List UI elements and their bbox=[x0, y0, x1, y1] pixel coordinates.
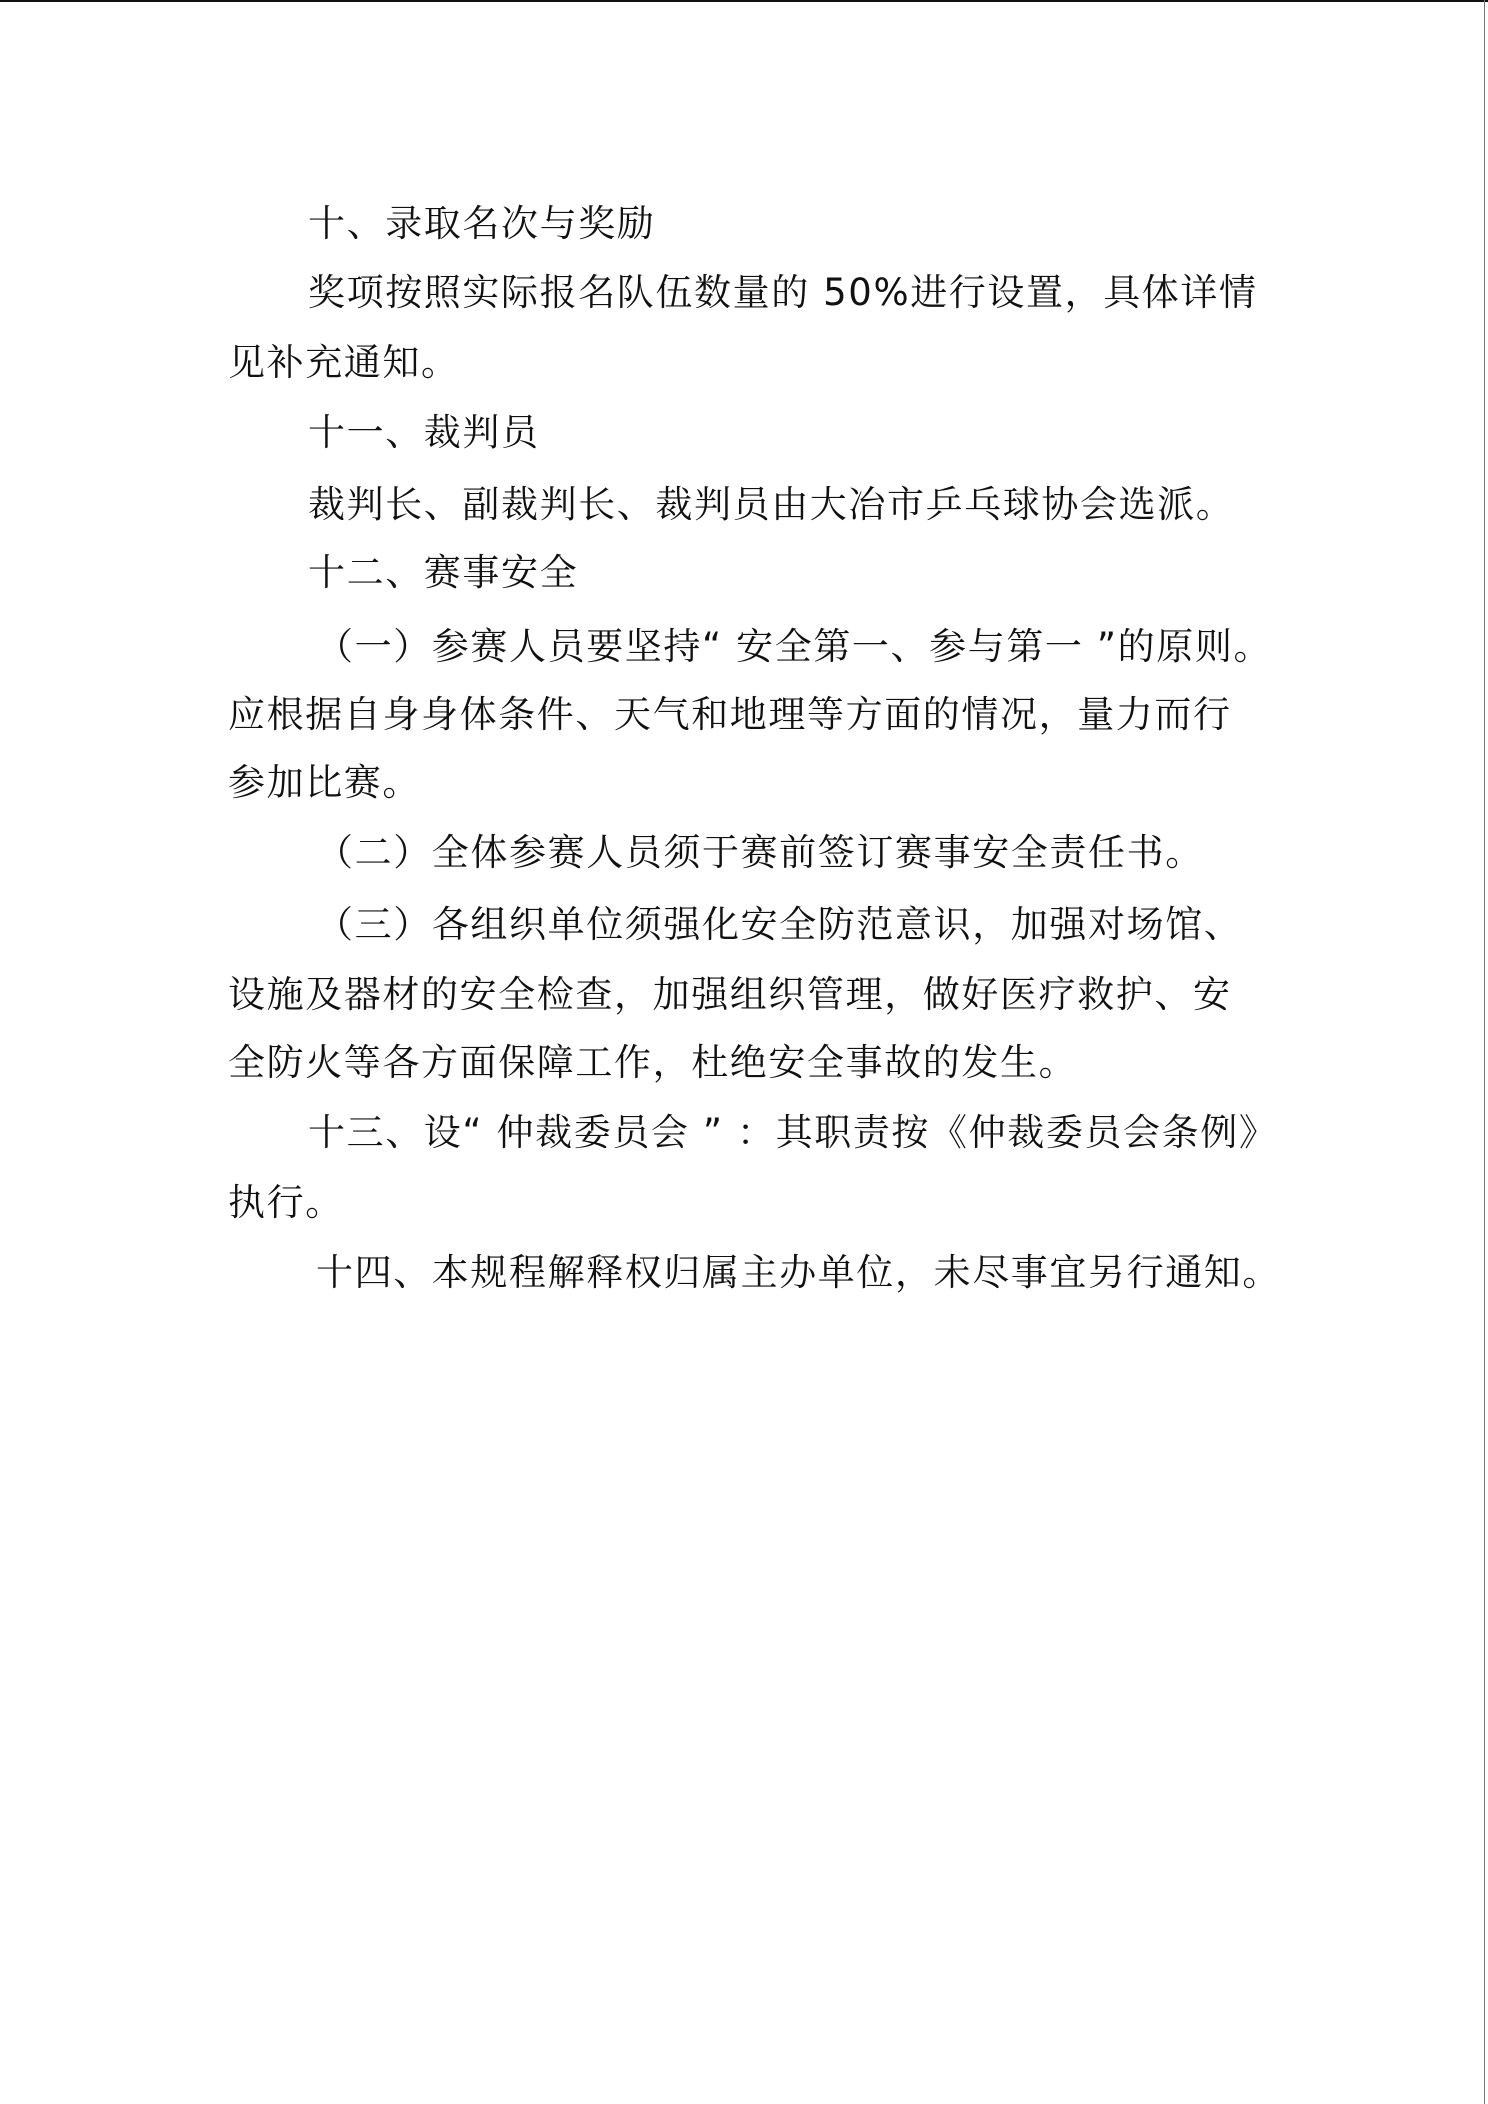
paragraph-line: 奖项按照实际报名队伍数量的 50%进行设置，具体详情 bbox=[308, 269, 1258, 317]
section-heading-11: 十一、裁判员 bbox=[308, 409, 540, 457]
paragraph-line: 执行。 bbox=[228, 1179, 344, 1227]
paragraph-line: （二）全体参赛人员须于赛前签订赛事安全责任书。 bbox=[316, 829, 1204, 877]
paragraph-line: 参加比赛。 bbox=[228, 759, 421, 807]
paragraph-line: （一）参赛人员要坚持“ 安全第一、参与第一 ”的原则。 bbox=[316, 623, 1272, 671]
paragraph-line: 裁判长、副裁判长、裁判员由大冶市乒乓球协会选派。 bbox=[308, 481, 1234, 529]
paragraph-line: 全防火等各方面保障工作，杜绝安全事故的发生。 bbox=[228, 1039, 1077, 1087]
paragraph-line: 应根据自身身体条件、天气和地理等方面的情况，量力而行 bbox=[228, 691, 1232, 739]
section-heading-14: 十四、本规程解释权归属主办单位，未尽事宜另行通知。 bbox=[316, 1249, 1281, 1297]
paragraph-line: （三）各组织单位须强化安全防范意识，加强对场馆、 bbox=[316, 901, 1242, 949]
page-right-border bbox=[1484, 0, 1485, 2104]
section-heading-10: 十、录取名次与奖励 bbox=[308, 200, 655, 248]
paragraph-line: 设施及器材的安全检查，加强组织管理，做好医疗救护、安 bbox=[228, 971, 1232, 1019]
section-heading-12: 十二、赛事安全 bbox=[308, 549, 578, 597]
page-top-border bbox=[0, 0, 1488, 2]
paragraph-line: 见补充通知。 bbox=[228, 339, 460, 387]
section-heading-13: 十三、设“ 仲裁委员会 ” ：其职责按《仲裁委员会条例》 bbox=[308, 1109, 1277, 1157]
